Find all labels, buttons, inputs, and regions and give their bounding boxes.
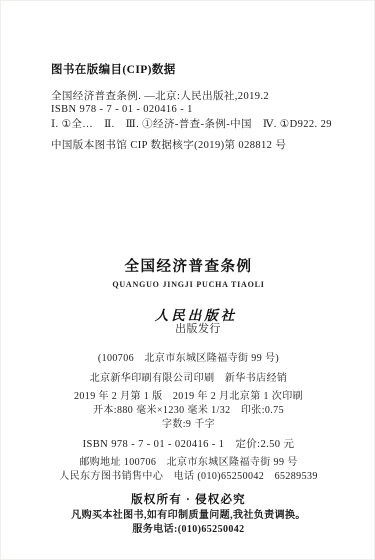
book-title-pinyin: QUANGUO JINGJI PUCHA TIAOLI: [1, 279, 375, 291]
publisher-logo: 人民出版社: [155, 308, 238, 323]
sales-center-line: 人民东方图书销售中心 电话 (010)65250042 65289539: [1, 471, 375, 483]
quality-notice-line: 凡购买本社图书,如有印制质量问题,我社负责调换。: [1, 510, 375, 522]
copyright-notice-title: 版权所有 · 侵权必究: [1, 494, 375, 506]
format-line: 开本:880 毫米×1230 毫米 1/32 印张:0.75: [1, 405, 375, 417]
isbn-price-line: ISBN 978 - 7 - 01 - 020416 - 1 定价:2.50 元: [1, 439, 375, 451]
cip-record-number-line: 中国版本图书馆 CIP 数据核字(2019)第 028812 号: [51, 139, 341, 152]
edition-line: 2019 年 2 月第 1 版 2019 年 2 月北京第 1 次印刷: [1, 391, 375, 403]
cip-heading: 图书在版编目(CIP)数据: [51, 64, 341, 77]
printer-distributor-line: 北京新华印刷有限公司印刷 新华书店经销: [1, 373, 375, 385]
service-phone-line: 服务电话:(010)65250042: [1, 524, 375, 536]
publisher-suffix: 出版发行: [175, 323, 221, 335]
word-count-line: 字数:9 千字: [1, 419, 375, 431]
cip-isbn-line: ISBN 978 - 7 - 01 - 020416 - 1: [51, 103, 341, 116]
colophon-page: 图书在版编目(CIP)数据 全国经济普查条例. —北京:人民出版社,2019.2…: [0, 0, 375, 560]
publisher-address: (100706 北京市东城区隆福寺街 99 号): [1, 353, 375, 365]
colophon-block: 全国经济普查条例 QUANGUO JINGJI PUCHA TIAOLI 人民出…: [1, 261, 375, 536]
publisher-line: 人民出版社 出版发行: [1, 298, 375, 347]
cip-data-block: 图书在版编目(CIP)数据 全国经济普查条例. —北京:人民出版社,2019.2…: [51, 64, 341, 161]
cip-classification-line: Ⅰ. ①全… Ⅱ. Ⅲ. ①经济-普查-条例-中国 Ⅳ. ①D922. 29: [51, 118, 341, 131]
mail-address-line: 邮购地址 100706 北京市东城区隆福寺街 99 号: [1, 457, 375, 469]
book-title: 全国经济普查条例: [1, 261, 375, 273]
cip-title-line: 全国经济普查条例. —北京:人民出版社,2019.2: [51, 90, 341, 103]
